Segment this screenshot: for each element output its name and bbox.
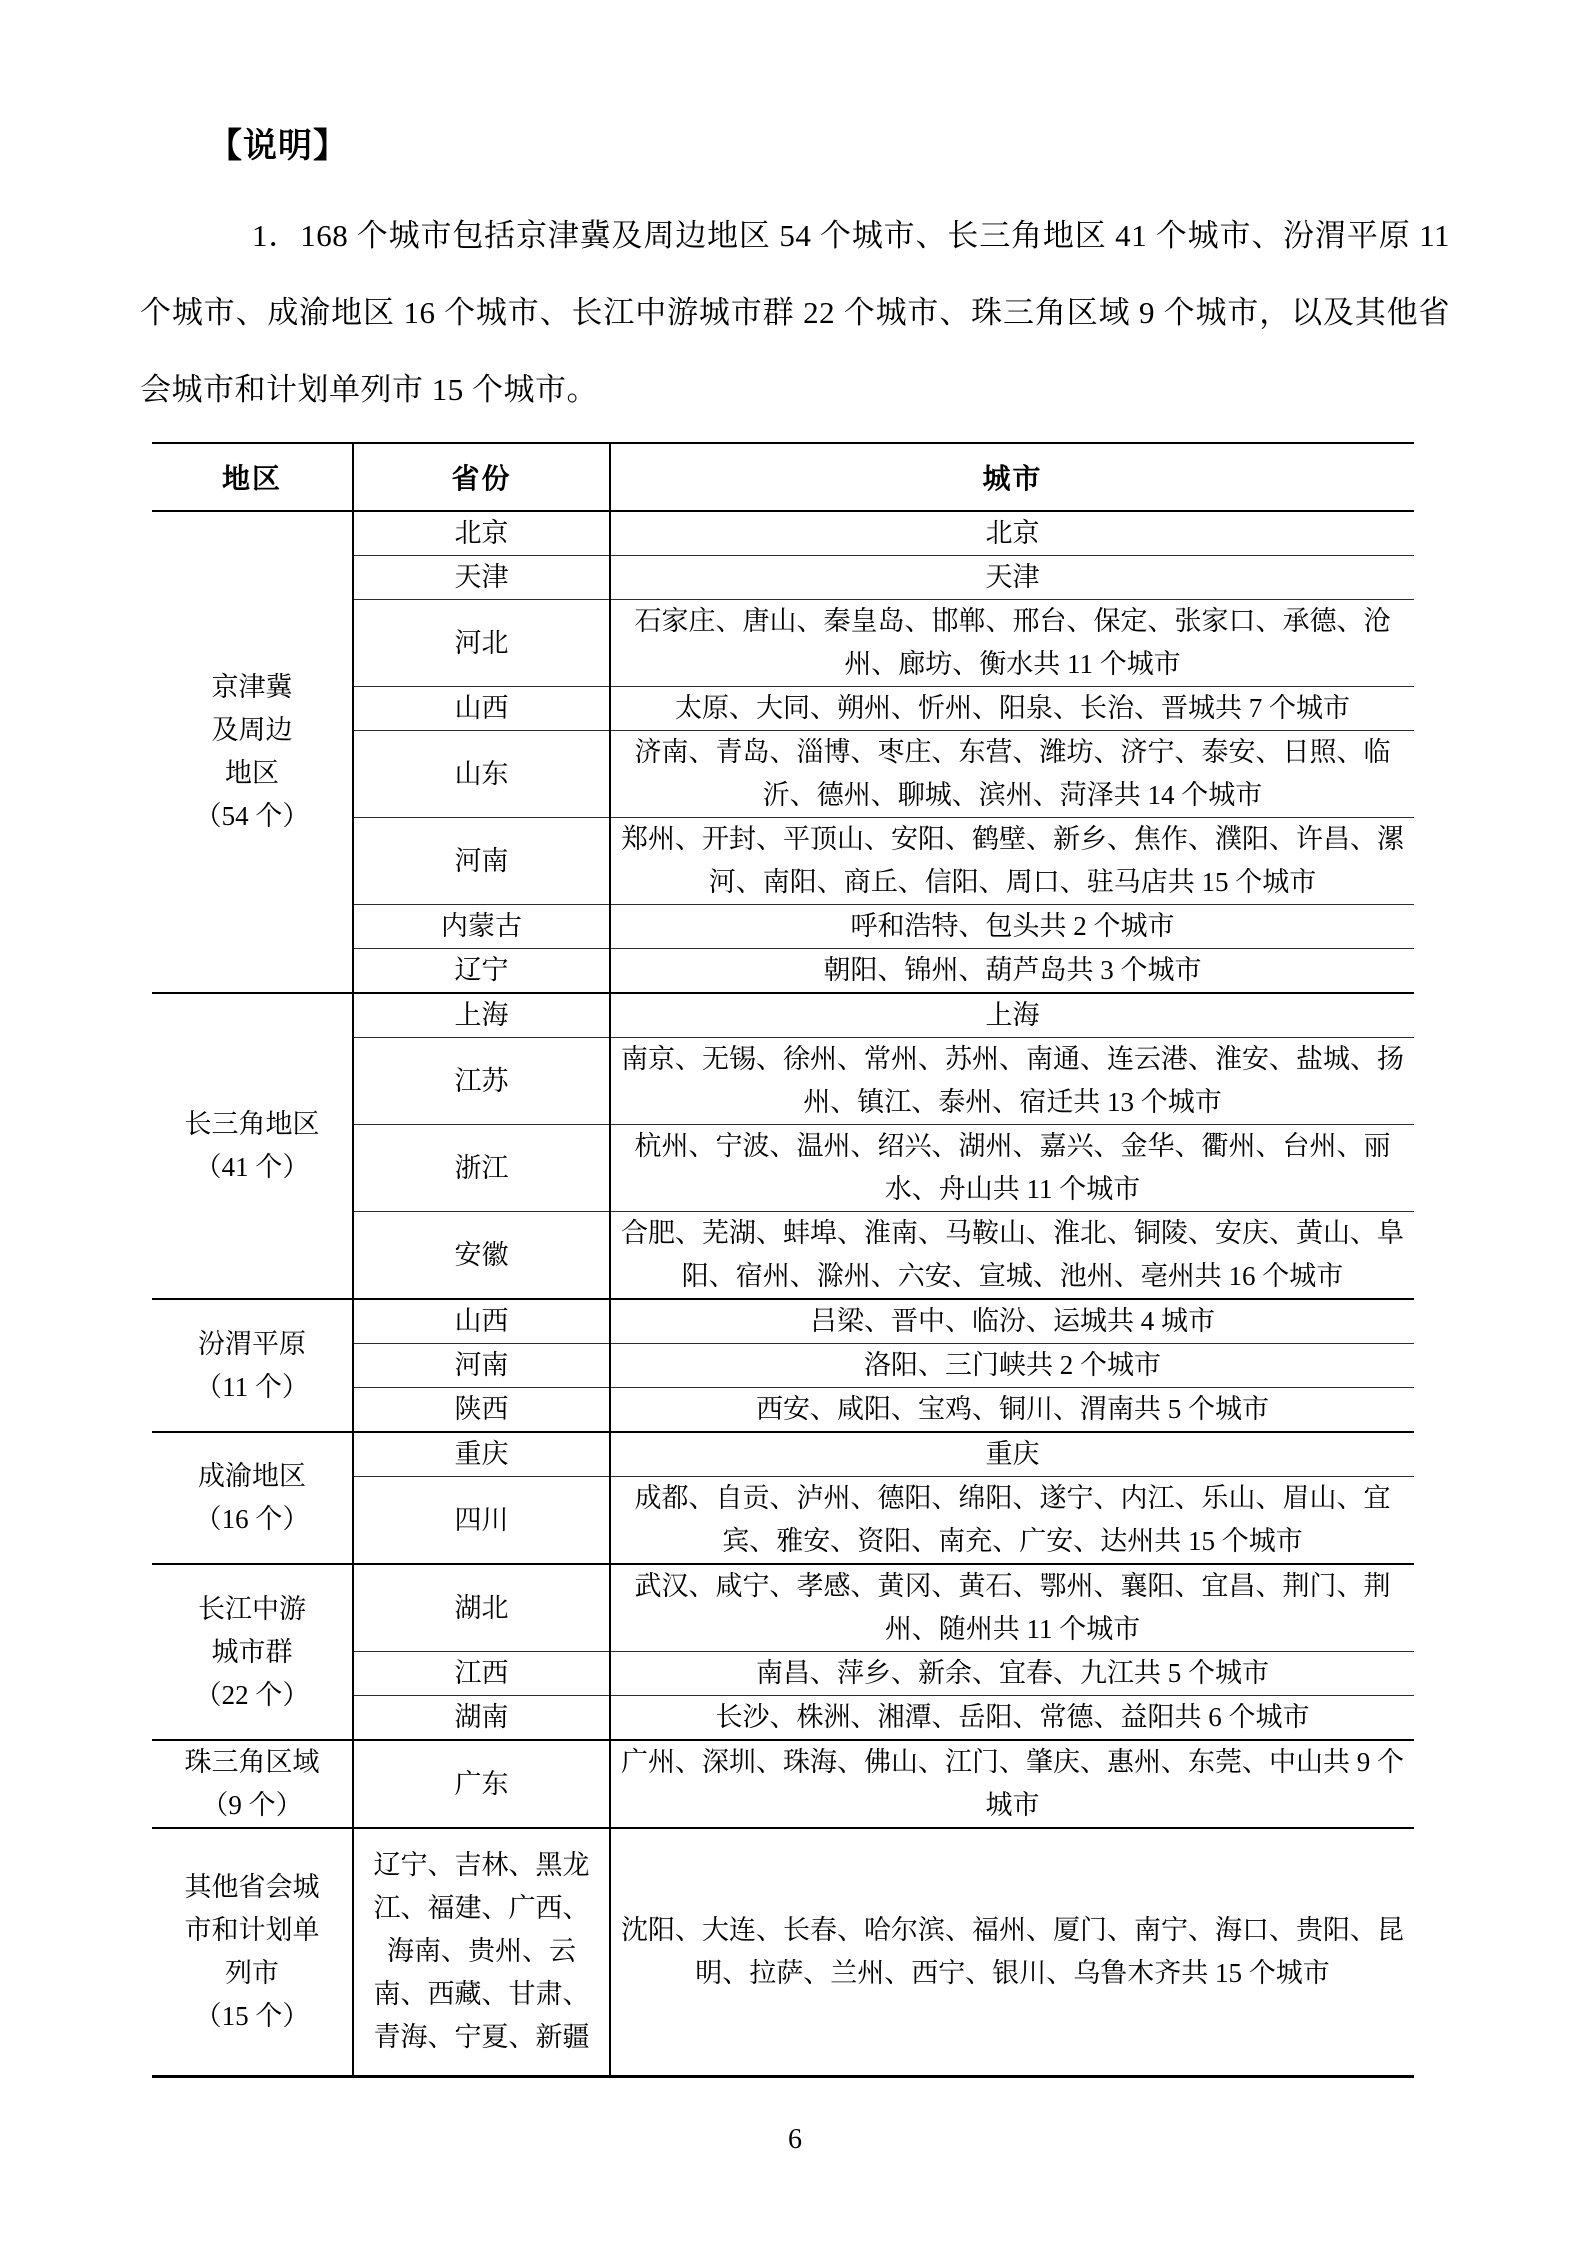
cities-cell: 太原、大同、朔州、忻州、阳泉、长治、晋城共 7 个城市 <box>610 687 1414 731</box>
province-cell: 湖南 <box>353 1696 610 1741</box>
table-header-province: 省份 <box>353 443 610 511</box>
note-paragraph: 1．168 个城市包括京津冀及周边地区 54 个城市、长三角地区 41 个城市、… <box>140 197 1450 428</box>
table-header-region: 地区 <box>152 443 353 511</box>
province-cell: 河北 <box>353 600 610 687</box>
table-row: 京津冀 及周边 地区 （54 个）北京北京 <box>152 511 1414 556</box>
table-row: 珠三角区域 （9 个）广东广州、深圳、珠海、佛山、江门、肇庆、惠州、东莞、中山共… <box>152 1740 1414 1828</box>
region-cell: 其他省会城 市和计划单 列市 （15 个） <box>152 1828 353 2076</box>
region-city-table: 地区 省份 城市 京津冀 及周边 地区 （54 个）北京北京天津天津河北石家庄、… <box>152 442 1414 2078</box>
province-cell: 北京 <box>353 511 610 556</box>
cities-cell: 广州、深圳、珠海、佛山、江门、肇庆、惠州、东莞、中山共 9 个城市 <box>610 1740 1414 1828</box>
cities-cell: 西安、咸阳、宝鸡、铜川、渭南共 5 个城市 <box>610 1388 1414 1433</box>
table-body: 京津冀 及周边 地区 （54 个）北京北京天津天津河北石家庄、唐山、秦皇岛、邯郸… <box>152 511 1414 2076</box>
region-cell: 京津冀 及周边 地区 （54 个） <box>152 511 353 993</box>
province-cell: 山东 <box>353 731 610 818</box>
province-cell: 山西 <box>353 687 610 731</box>
province-cell: 四川 <box>353 1477 610 1565</box>
region-cell: 成渝地区 （16 个） <box>152 1432 353 1564</box>
province-cell: 湖北 <box>353 1564 610 1652</box>
cities-cell: 北京 <box>610 511 1414 556</box>
cities-cell: 南京、无锡、徐州、常州、苏州、南通、连云港、淮安、盐城、扬州、镇江、泰州、宿迁共… <box>610 1038 1414 1125</box>
cities-cell: 天津 <box>610 556 1414 600</box>
province-cell: 江苏 <box>353 1038 610 1125</box>
cities-cell: 吕梁、晋中、临汾、运城共 4 城市 <box>610 1299 1414 1344</box>
table-row: 其他省会城 市和计划单 列市 （15 个）辽宁、吉林、黑龙江、福建、广西、海南、… <box>152 1828 1414 2076</box>
province-cell: 上海 <box>353 993 610 1038</box>
province-cell: 辽宁、吉林、黑龙江、福建、广西、海南、贵州、云南、西藏、甘肃、青海、宁夏、新疆 <box>353 1828 610 2076</box>
cities-cell: 郑州、开封、平顶山、安阳、鹤壁、新乡、焦作、濮阳、许昌、漯河、南阳、商丘、信阳、… <box>610 818 1414 905</box>
cities-cell: 南昌、萍乡、新余、宜春、九江共 5 个城市 <box>610 1652 1414 1696</box>
region-cell: 长江中游 城市群 （22 个） <box>152 1564 353 1740</box>
table-row: 成渝地区 （16 个）重庆重庆 <box>152 1432 1414 1477</box>
province-cell: 山西 <box>353 1299 610 1344</box>
province-cell: 河南 <box>353 818 610 905</box>
region-cell: 汾渭平原 （11 个） <box>152 1299 353 1432</box>
page-number: 6 <box>140 2124 1450 2156</box>
cities-cell: 合肥、芜湖、蚌埠、淮南、马鞍山、淮北、铜陵、安庆、黄山、阜阳、宿州、滁州、六安、… <box>610 1212 1414 1300</box>
province-cell: 重庆 <box>353 1432 610 1477</box>
cities-cell: 武汉、咸宁、孝感、黄冈、黄石、鄂州、襄阳、宜昌、荆门、荆州、随州共 11 个城市 <box>610 1564 1414 1652</box>
cities-cell: 上海 <box>610 993 1414 1038</box>
table-header-cities: 城市 <box>610 443 1414 511</box>
region-cell: 长三角地区 （41 个） <box>152 993 353 1299</box>
province-cell: 内蒙古 <box>353 905 610 949</box>
table-row: 汾渭平原 （11 个）山西吕梁、晋中、临汾、运城共 4 城市 <box>152 1299 1414 1344</box>
province-cell: 河南 <box>353 1344 610 1388</box>
section-heading: 【说明】 <box>140 118 1450 167</box>
cities-cell: 呼和浩特、包头共 2 个城市 <box>610 905 1414 949</box>
province-cell: 陕西 <box>353 1388 610 1433</box>
cities-cell: 杭州、宁波、温州、绍兴、湖州、嘉兴、金华、衢州、台州、丽水、舟山共 11 个城市 <box>610 1125 1414 1212</box>
region-cell: 珠三角区域 （9 个） <box>152 1740 353 1828</box>
cities-cell: 济南、青岛、淄博、枣庄、东营、潍坊、济宁、泰安、日照、临沂、德州、聊城、滨州、菏… <box>610 731 1414 818</box>
cities-cell: 石家庄、唐山、秦皇岛、邯郸、邢台、保定、张家口、承德、沧州、廊坊、衡水共 11 … <box>610 600 1414 687</box>
table-row: 长三角地区 （41 个）上海上海 <box>152 993 1414 1038</box>
document-page: 【说明】 1．168 个城市包括京津冀及周边地区 54 个城市、长三角地区 41… <box>0 0 1588 2245</box>
cities-cell: 长沙、株洲、湘潭、岳阳、常德、益阳共 6 个城市 <box>610 1696 1414 1741</box>
province-cell: 浙江 <box>353 1125 610 1212</box>
cities-cell: 沈阳、大连、长春、哈尔滨、福州、厦门、南宁、海口、贵阳、昆明、拉萨、兰州、西宁、… <box>610 1828 1414 2076</box>
cities-cell: 朝阳、锦州、葫芦岛共 3 个城市 <box>610 949 1414 994</box>
province-cell: 辽宁 <box>353 949 610 994</box>
table-row: 长江中游 城市群 （22 个）湖北武汉、咸宁、孝感、黄冈、黄石、鄂州、襄阳、宜昌… <box>152 1564 1414 1652</box>
province-cell: 安徽 <box>353 1212 610 1300</box>
cities-cell: 重庆 <box>610 1432 1414 1477</box>
province-cell: 江西 <box>353 1652 610 1696</box>
table-header-row: 地区 省份 城市 <box>152 443 1414 511</box>
page-content: 【说明】 1．168 个城市包括京津冀及周边地区 54 个城市、长三角地区 41… <box>0 0 1588 2156</box>
cities-cell: 成都、自贡、泸州、德阳、绵阳、遂宁、内江、乐山、眉山、宜宾、雅安、资阳、南充、广… <box>610 1477 1414 1565</box>
cities-cell: 洛阳、三门峡共 2 个城市 <box>610 1344 1414 1388</box>
province-cell: 广东 <box>353 1740 610 1828</box>
province-cell: 天津 <box>353 556 610 600</box>
